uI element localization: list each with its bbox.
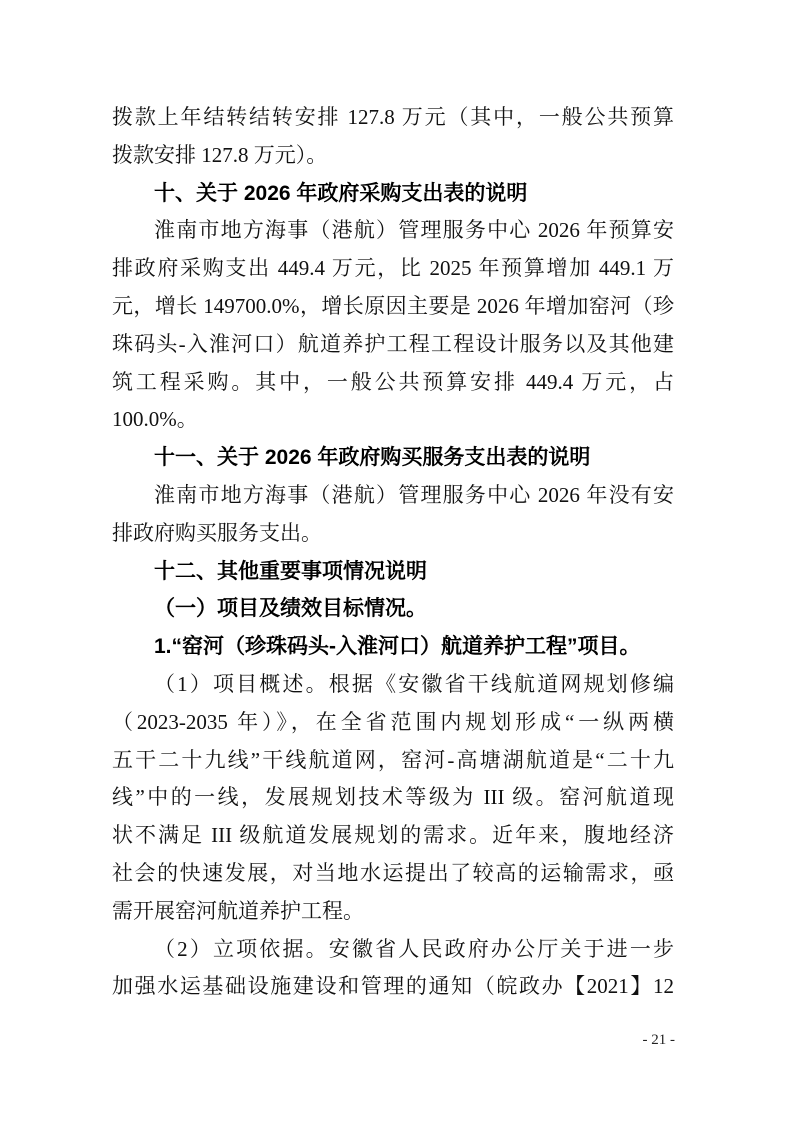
body-text-line: 排政府购买服务支出。	[112, 515, 674, 553]
heading-line: 十一、关于 2026 年政府购买服务支出表的说明	[112, 439, 674, 477]
heading-line: 1.“窑河（珍珠码头-入淮河口）航道养护工程”项目。	[112, 628, 674, 666]
body-text-line: 元，增长 149700.0%，增长原因主要是 2026 年增加窑河（珍	[112, 288, 674, 326]
body-text-line: 拨款上年结转结转安排 127.8 万元（其中，一般公共预算	[112, 99, 674, 137]
page-number: - 21 -	[643, 1030, 676, 1050]
heading-line: 十二、其他重要事项情况说明	[112, 553, 674, 591]
document-body: 拨款上年结转结转安排 127.8 万元（其中，一般公共预算拨款安排 127.8 …	[112, 99, 674, 1006]
body-text-line: 筑工程采购。其中，一般公共预算安排 449.4 万元，占	[112, 364, 674, 402]
body-text-line: 社会的快速发展，对当地水运提出了较高的运输需求，亟	[112, 855, 674, 893]
body-text-line: 淮南市地方海事（港航）管理服务中心 2026 年没有安	[112, 477, 674, 515]
body-text-line: 线”中的一线，发展规划技术等级为 III 级。窑河航道现	[112, 779, 674, 817]
body-text-line: 拨款安排 127.8 万元）。	[112, 137, 674, 175]
body-text-line: （2）立项依据。安徽省人民政府办公厅关于进一步	[112, 931, 674, 969]
body-text-line: 需开展窑河航道养护工程。	[112, 893, 674, 931]
heading-line: （一）项目及绩效目标情况。	[112, 590, 674, 628]
body-text-line: 100.0%。	[112, 401, 674, 439]
body-text-line: 加强水运基础设施建设和管理的通知（皖政办【2021】12	[112, 968, 674, 1006]
body-text-line: 五干二十九线”干线航道网，窑河-高塘湖航道是“二十九	[112, 742, 674, 780]
document-page: 拨款上年结转结转安排 127.8 万元（其中，一般公共预算拨款安排 127.8 …	[0, 0, 793, 1122]
body-text-line: 排政府采购支出 449.4 万元，比 2025 年预算增加 449.1 万	[112, 250, 674, 288]
body-text-line: （2023-2035 年）》，在全省范围内规划形成“一纵两横	[112, 704, 674, 742]
heading-line: 十、关于 2026 年政府采购支出表的说明	[112, 175, 674, 213]
body-text-line: 状不满足 III 级航道发展规划的需求。近年来，腹地经济	[112, 817, 674, 855]
body-text-line: （1）项目概述。根据《安徽省干线航道网规划修编	[112, 666, 674, 704]
body-text-line: 珠码头-入淮河口）航道养护工程工程设计服务以及其他建	[112, 326, 674, 364]
body-text-line: 淮南市地方海事（港航）管理服务中心 2026 年预算安	[112, 212, 674, 250]
